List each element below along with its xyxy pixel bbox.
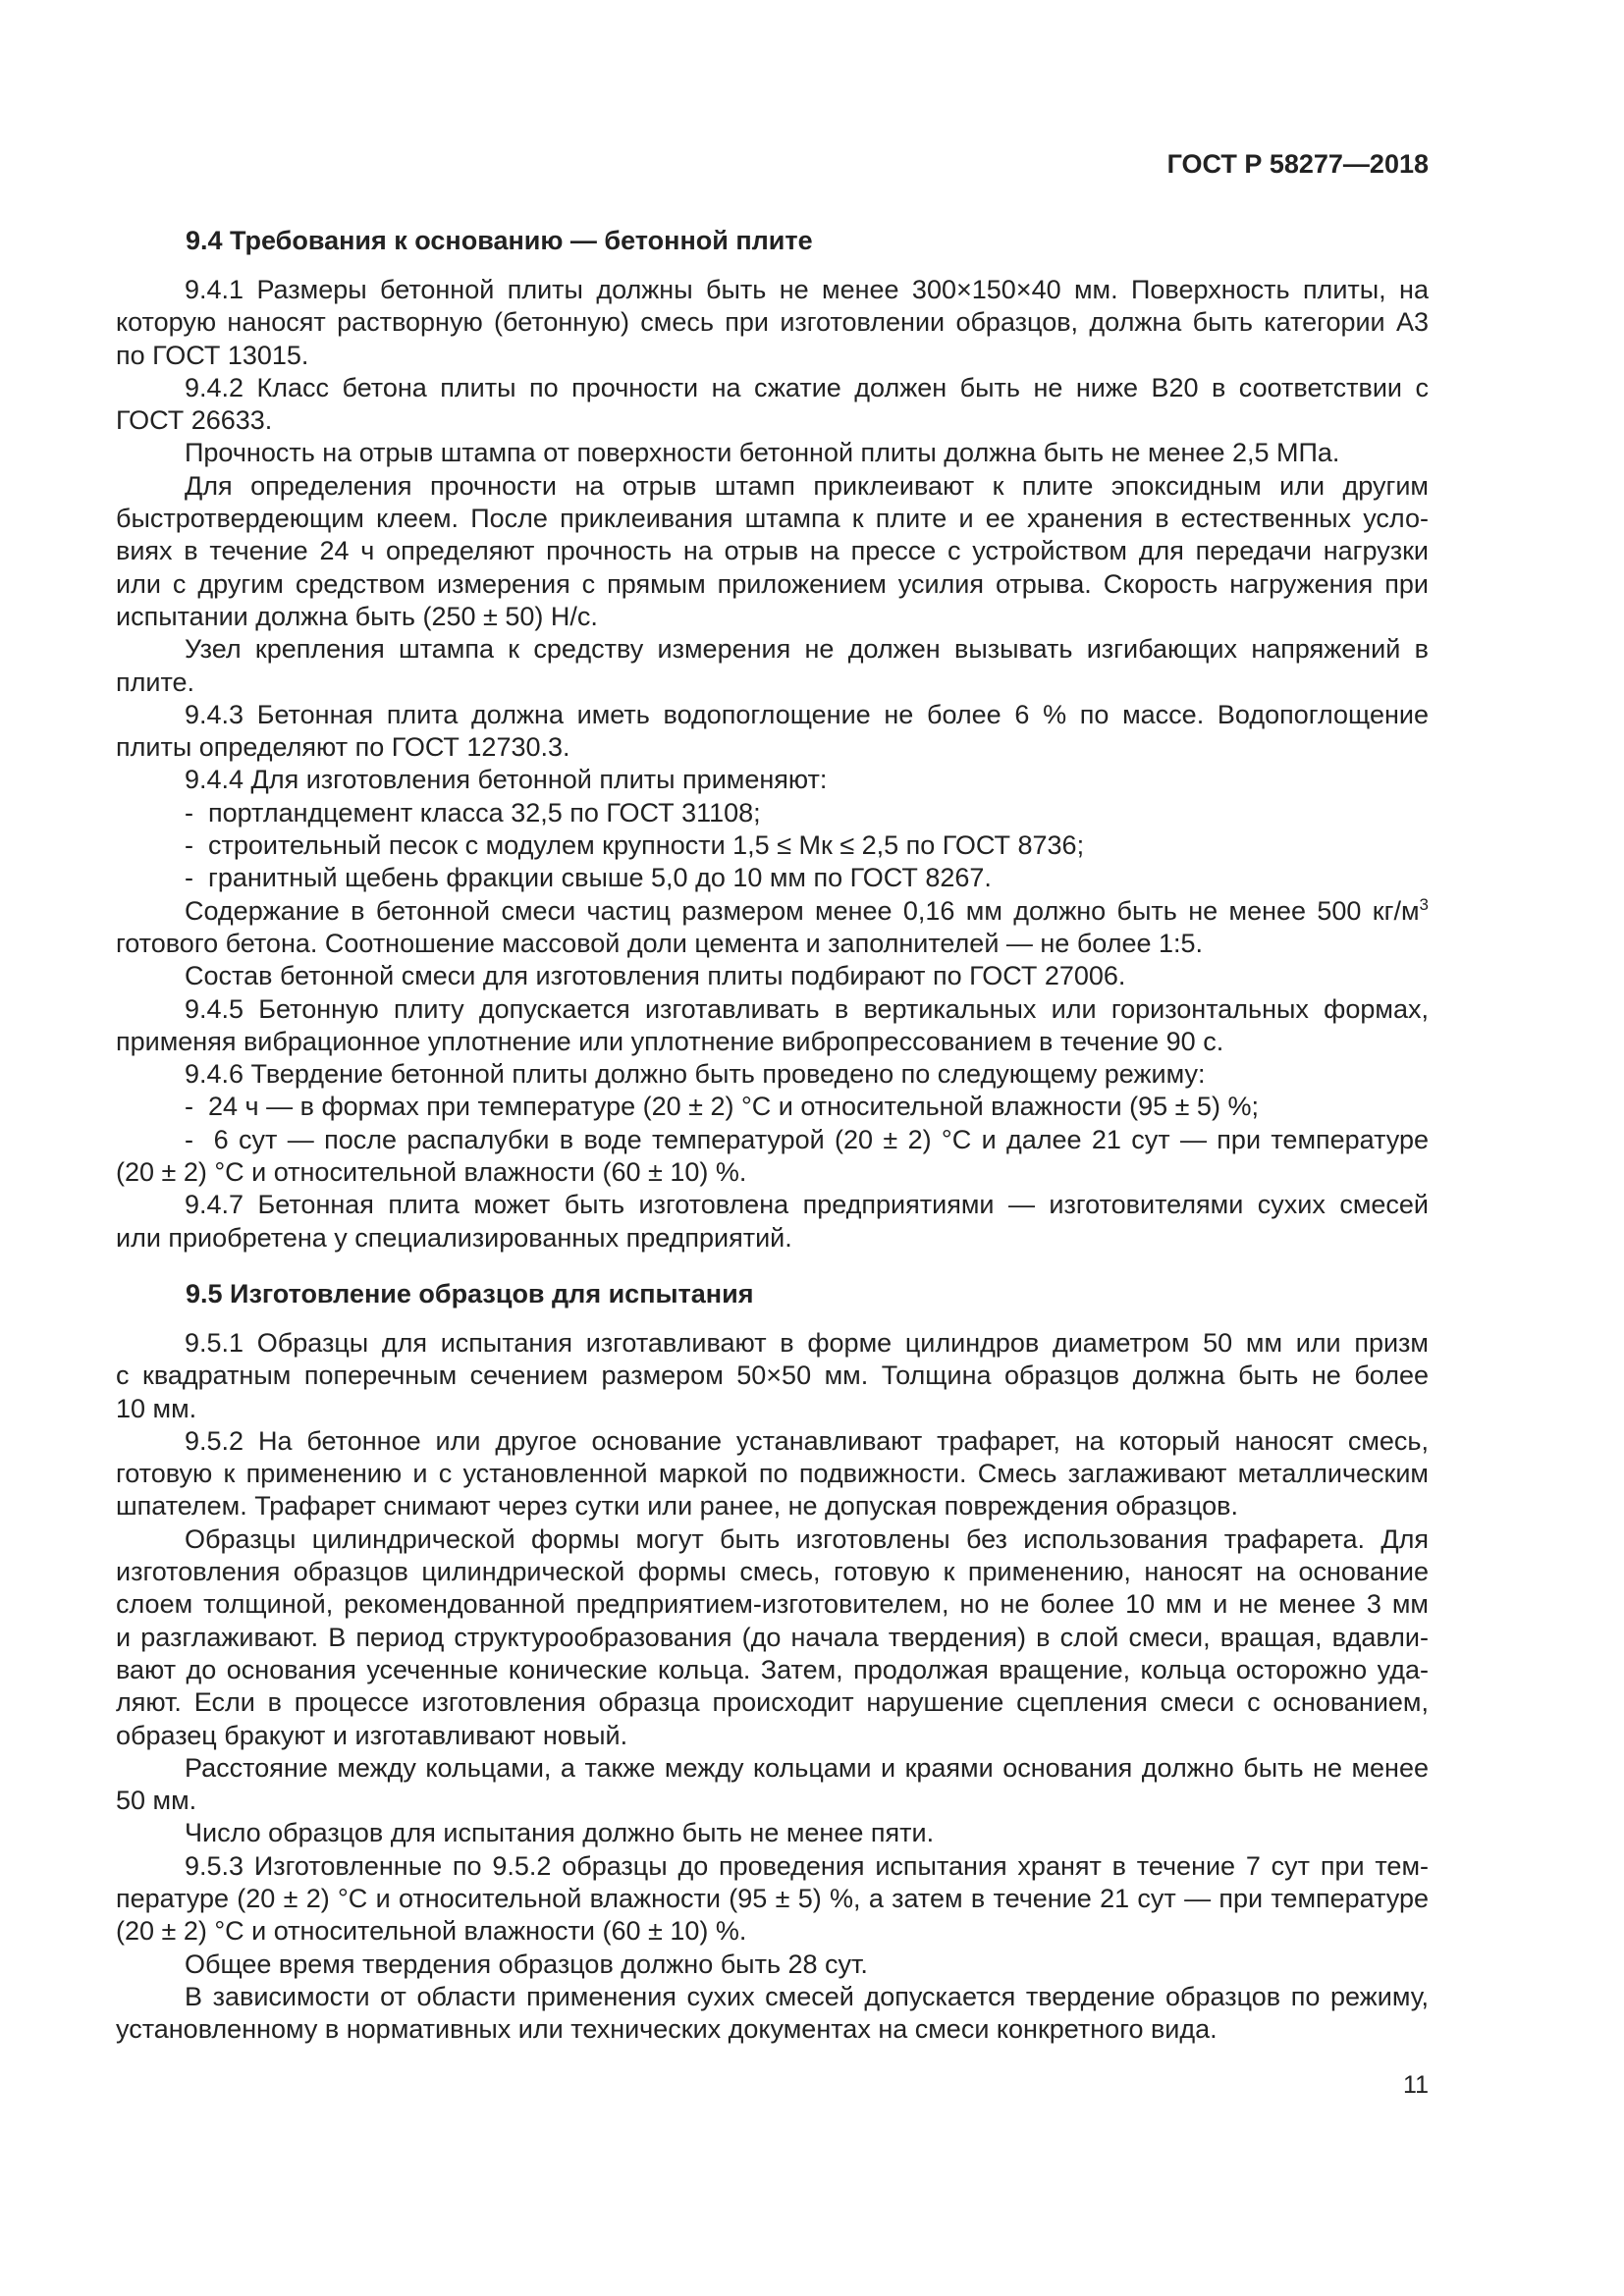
list-item: - строительный песок с модулем крупности… (116, 829, 1429, 862)
text-line: Узел крепления штампа к средству измерен… (116, 633, 1429, 666)
text-line: 9.4.3 Бетонная плита должна иметь водопо… (116, 699, 1429, 731)
text-line: установленному в нормативных или техниче… (116, 2013, 1429, 2046)
text-line: быстротвердеющим клеем. После приклеиван… (116, 503, 1429, 535)
text-line-content: Содержание в бетонной смеси частиц разме… (185, 896, 1420, 926)
text-line: (20 ± 2) °С и относительной влажности (6… (116, 1156, 1429, 1189)
text-line: Число образцов для испытания должно быть… (116, 1817, 1429, 1849)
text-line: по ГОСТ 13015. (116, 340, 1429, 372)
text-line: плите. (116, 667, 1429, 699)
section-heading-9-5: 9.5 Изготовление образцов для испытания (116, 1278, 1429, 1310)
text-line: изготовления образцов цилиндрической фор… (116, 1556, 1429, 1588)
text-line: Для определения прочности на отрыв штамп… (116, 470, 1429, 503)
text-line: или приобретена у специализированных пре… (116, 1222, 1429, 1255)
document-page: ГОСТ Р 58277—2018 9.4 Требования к основ… (0, 0, 1624, 2296)
page-number: 11 (1330, 2070, 1429, 2100)
section-9-5-body: 9.5.1 Образцы для испытания изготавливаю… (116, 1327, 1429, 2047)
text-line: Прочность на отрыв штампа от поверхности… (116, 437, 1429, 469)
text-line: с квадратным поперечным сечением размеро… (116, 1360, 1429, 1392)
text-line: 9.4.1 Размеры бетонной плиты должны быть… (116, 274, 1429, 306)
text-line: (20 ± 2) °С и относительной влажности (6… (116, 1915, 1429, 1948)
section-heading-9-4: 9.4 Требования к основанию — бетонной пл… (116, 225, 1429, 257)
text-line: шпателем. Трафарет снимают через сутки и… (116, 1490, 1429, 1522)
text-line: ГОСТ 26633. (116, 404, 1429, 437)
text-line: испытании должна быть (250 ± 50) Н/с. (116, 601, 1429, 633)
document-code-header: ГОСТ Р 58277—2018 (116, 148, 1429, 181)
text-line: 9.4.4 Для изготовления бетонной плиты пр… (116, 764, 1429, 796)
list-item: - 24 ч — в формах при температуре (20 ± … (116, 1091, 1429, 1123)
text-line: 50 мм. (116, 1785, 1429, 1817)
text-line: плиты определяют по ГОСТ 12730.3. (116, 731, 1429, 764)
unit-superscript: 3 (1420, 895, 1429, 914)
text-line: Расстояние между кольцами, а также между… (116, 1752, 1429, 1785)
text-line: которую наносят растворную (бетонную) см… (116, 306, 1429, 339)
list-item: - портландцемент класса 32,5 по ГОСТ 311… (116, 797, 1429, 829)
list-item: - гранитный щебень фракции свыше 5,0 до … (116, 862, 1429, 894)
text-line: В зависимости от области применения сухи… (116, 1981, 1429, 2013)
text-line: готового бетона. Соотношение массовой до… (116, 928, 1429, 960)
text-line: 9.4.7 Бетонная плита может быть изготовл… (116, 1189, 1429, 1221)
text-line: 9.4.2 Класс бетона плиты по прочности на… (116, 372, 1429, 404)
text-line: 9.4.6 Твердение бетонной плиты должно бы… (116, 1058, 1429, 1091)
text-line: и разглаживают. В период структурообразо… (116, 1622, 1429, 1654)
text-line: вают до основания усеченные конические к… (116, 1654, 1429, 1686)
text-line: Состав бетонной смеси для изготовления п… (116, 960, 1429, 992)
text-line: ляют. Если в процессе изготовления образ… (116, 1686, 1429, 1719)
text-line: 9.5.2 На бетонное или другое основание у… (116, 1425, 1429, 1458)
text-line: применяя вибрационное уплотнение или упл… (116, 1026, 1429, 1058)
text-line: слоем толщиной, рекомендованной предприя… (116, 1588, 1429, 1621)
text-line: 10 мм. (116, 1393, 1429, 1425)
text-line: 9.4.5 Бетонную плиту допускается изготав… (116, 993, 1429, 1026)
text-line: образец бракуют и изготавливают новый. (116, 1720, 1429, 1752)
section-9-4-body: 9.4.1 Размеры бетонной плиты должны быть… (116, 274, 1429, 1255)
text-line: виях в течение 24 ч определяют прочность… (116, 535, 1429, 567)
text-line: готовую к применению и с установленной м… (116, 1458, 1429, 1490)
text-line: 9.5.3 Изготовленные по 9.5.2 образцы до … (116, 1850, 1429, 1883)
text-line: пературе (20 ± 2) °С и относительной вла… (116, 1883, 1429, 1915)
list-item: - 6 сут — после распалубки в воде темпер… (116, 1124, 1429, 1156)
text-line: Общее время твердения образцов должно бы… (116, 1949, 1429, 1981)
text-line: 9.5.1 Образцы для испытания изготавливаю… (116, 1327, 1429, 1360)
text-line: Образцы цилиндрической формы могут быть … (116, 1523, 1429, 1556)
text-line: или с другим средством измерения с прямы… (116, 568, 1429, 601)
text-line-with-superscript: Содержание в бетонной смеси частиц разме… (116, 895, 1429, 928)
